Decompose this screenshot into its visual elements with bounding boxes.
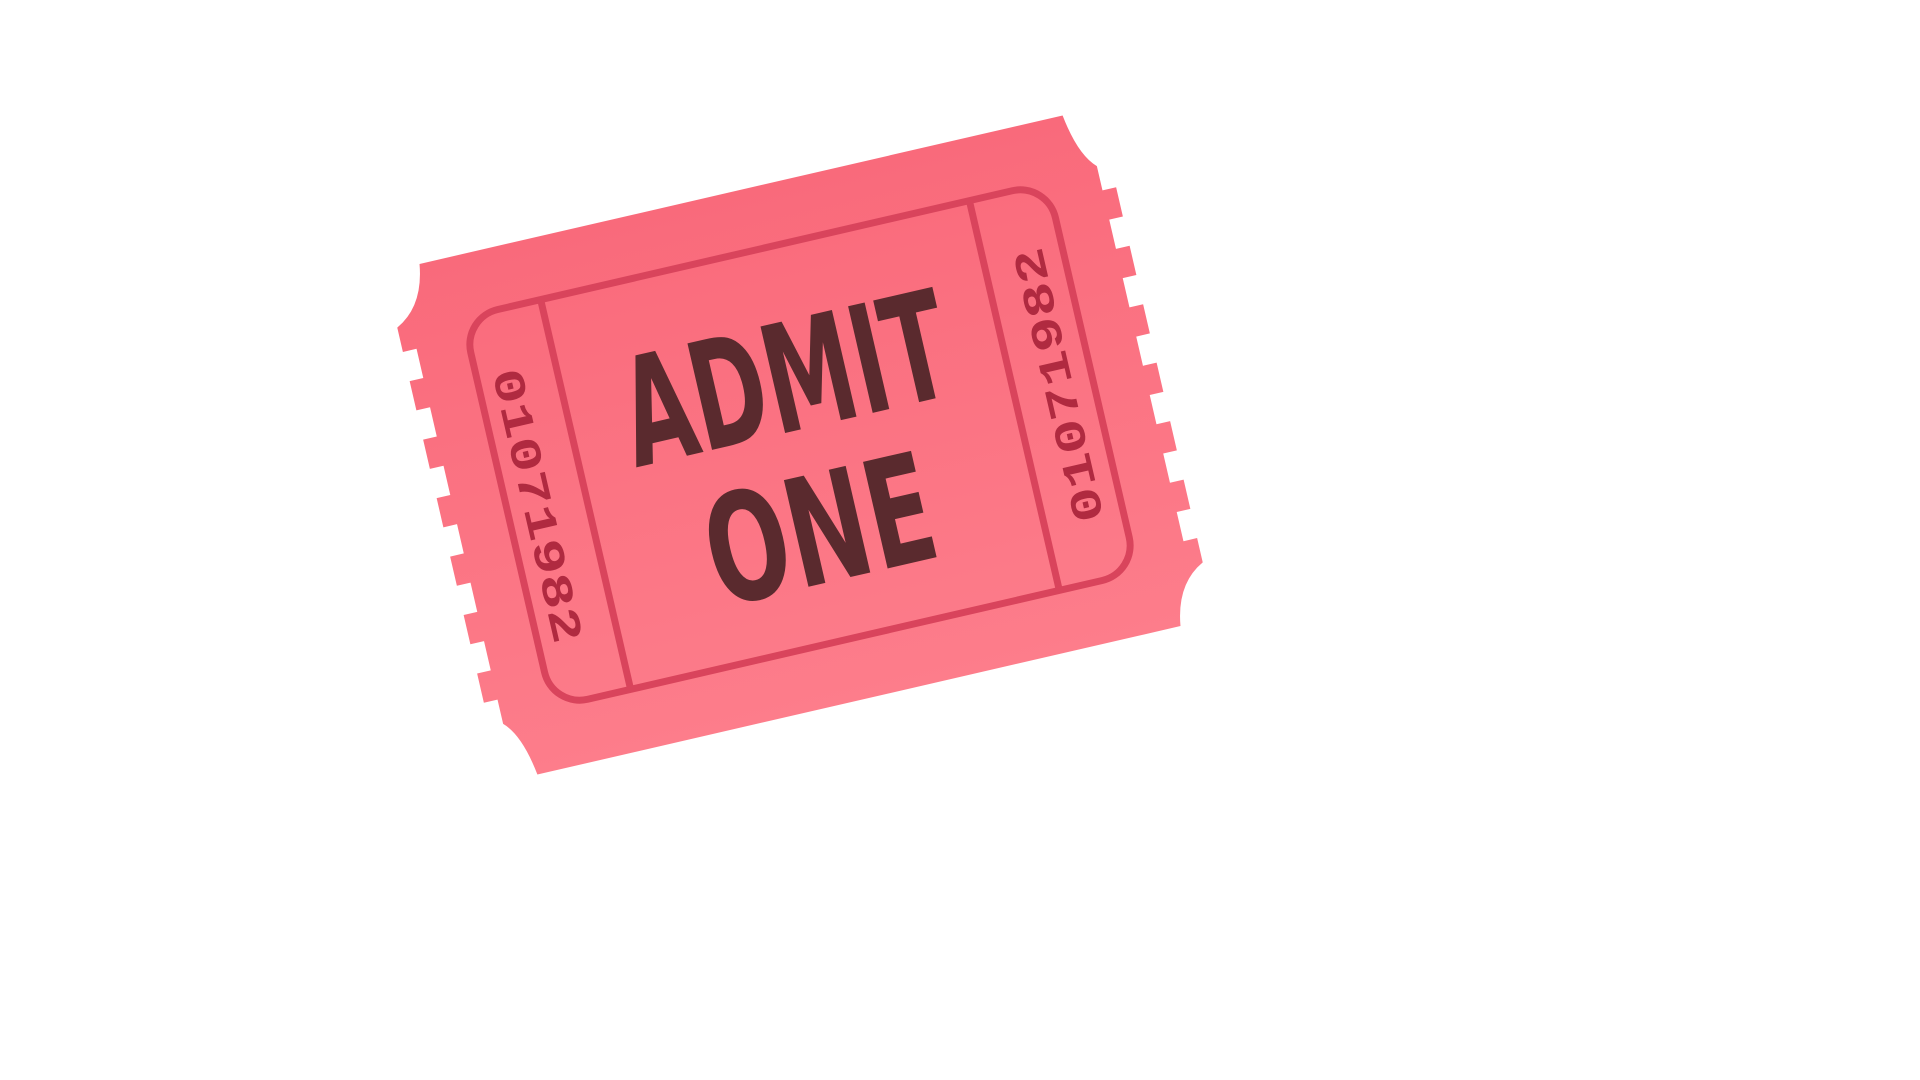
ticket-emoji-canvas: ADMIT ONE 01071982 01071982	[0, 0, 1920, 1080]
admit-one-ticket-icon: ADMIT ONE 01071982 01071982	[0, 0, 1920, 1080]
